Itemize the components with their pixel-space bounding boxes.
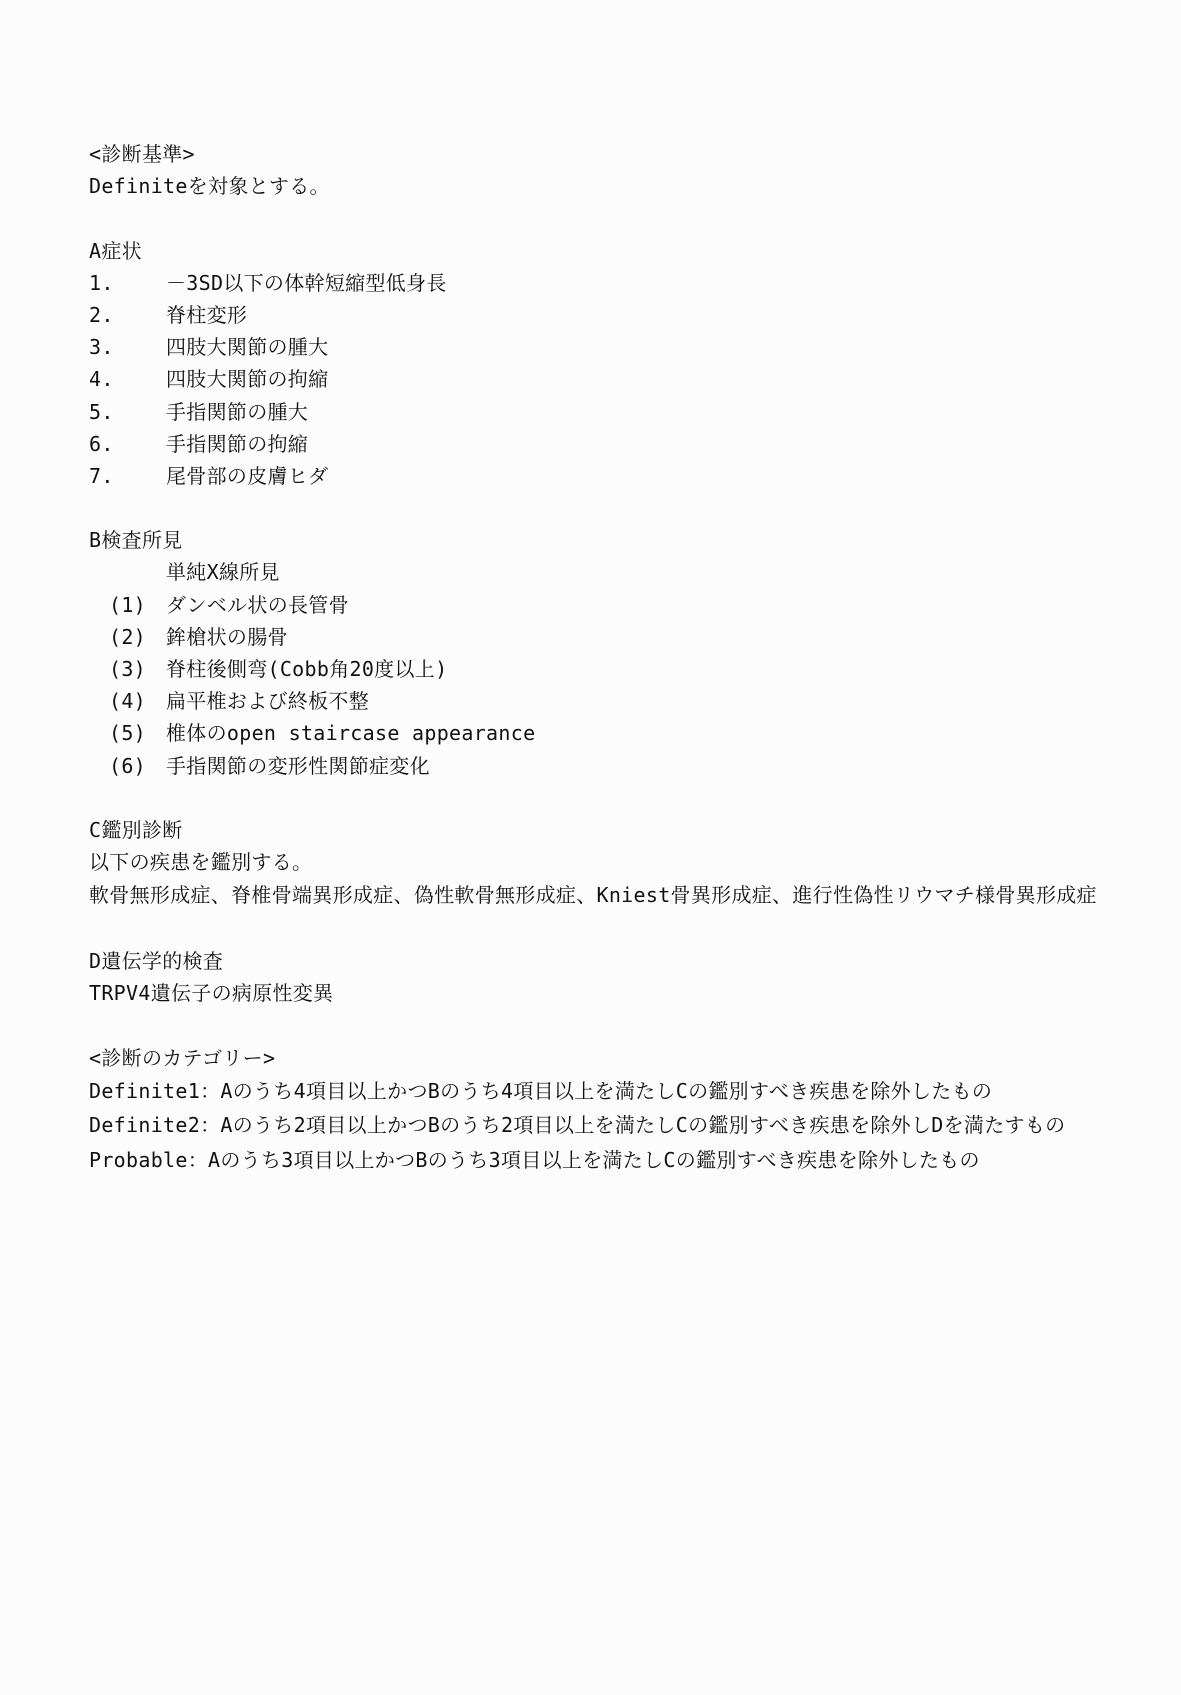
section-b-title: B検査所見 [89,524,1099,556]
item-text: 手指関節の拘縮 [166,432,308,456]
section-d-title: D遺伝学的検査 [89,945,1099,977]
item-number: (6) [89,750,166,782]
list-item: (3)脊柱後側弯(Cobb角20度以上) [89,653,1099,685]
section-c-title: C鑑別診断 [89,814,1099,846]
list-item: 6.手指関節の拘縮 [89,428,1099,460]
spacer [89,1009,1099,1041]
item-number: 2. [89,299,166,331]
document-page: <診断基準> Definiteを対象とする。 A症状 1.－3SD以下の体幹短縮… [89,138,1099,1177]
item-number: (3) [89,653,166,685]
item-number: 3. [89,331,166,363]
category-definite2: Definite2：Aのうち2項目以上かつBのうち2項目以上を満たしCの鑑別すべ… [89,1108,1099,1143]
criteria-target: Definiteを対象とする。 [89,170,1099,202]
list-item: 3.四肢大関節の腫大 [89,331,1099,363]
item-text: －3SD以下の体幹短縮型低身長 [166,271,447,295]
spacer [89,782,1099,814]
section-c-intro: 以下の疾患を鑑別する。 [89,846,1099,878]
item-text: 四肢大関節の腫大 [166,335,328,359]
list-item: (6)手指関節の変形性関節症変化 [89,750,1099,782]
list-item: 7.尾骨部の皮膚ヒダ [89,460,1099,492]
item-text: 椎体のopen staircase appearance [166,721,535,745]
item-text: 鉾槍状の腸骨 [166,625,288,649]
list-item: (5)椎体のopen staircase appearance [89,717,1099,749]
item-text: 尾骨部の皮膚ヒダ [166,464,328,488]
list-item: (1)ダンベル状の長管骨 [89,589,1099,621]
item-number: (4) [89,685,166,717]
category-probable: Probable：Aのうち3項目以上かつBのうち3項目以上を満たしCの鑑別すべき… [89,1143,1099,1178]
section-a-list: 1.－3SD以下の体幹短縮型低身長 2.脊柱変形 3.四肢大関節の腫大 4.四肢… [89,267,1099,492]
criteria-heading: <診断基準> [89,138,1099,170]
item-number: 7. [89,460,166,492]
item-text: 脊柱後側弯(Cobb角20度以上) [166,657,447,681]
item-text: 四肢大関節の拘縮 [166,367,328,391]
item-number: 6. [89,428,166,460]
item-text: ダンベル状の長管骨 [166,593,349,617]
item-text: 脊柱変形 [166,303,247,327]
list-item: (4)扁平椎および終板不整 [89,685,1099,717]
item-number: (1) [89,589,166,621]
item-number: (5) [89,717,166,749]
item-number: 5. [89,396,166,428]
list-item: 1.－3SD以下の体幹短縮型低身長 [89,267,1099,299]
item-number: 4. [89,363,166,395]
category-definite1: Definite1：Aのうち4項目以上かつBのうち4項目以上を満たしCの鑑別すべ… [89,1074,1099,1109]
spacer [89,492,1099,524]
section-b-subtitle: 単純X線所見 [166,560,280,584]
list-item: 4.四肢大関節の拘縮 [89,363,1099,395]
item-text: 扁平椎および終板不整 [166,689,369,713]
categories-heading: <診断のカテゴリー> [89,1042,1099,1074]
section-b-subtitle-row: 単純X線所見 [89,556,1099,588]
spacer [89,913,1099,945]
section-a-title: A症状 [89,235,1099,267]
list-item: 2.脊柱変形 [89,299,1099,331]
item-number: 1. [89,267,166,299]
item-text: 手指関節の腫大 [166,400,308,424]
section-c-diseases: 軟骨無形成症、脊椎骨端異形成症、偽性軟骨無形成症、Kniest骨異形成症、進行性… [89,878,1099,913]
item-text: 手指関節の変形性関節症変化 [166,754,430,778]
list-item: (2)鉾槍状の腸骨 [89,621,1099,653]
item-number: (2) [89,621,166,653]
spacer [89,202,1099,234]
section-d-text: TRPV4遺伝子の病原性変異 [89,977,1099,1009]
list-item: 5.手指関節の腫大 [89,396,1099,428]
section-b-list: (1)ダンベル状の長管骨 (2)鉾槍状の腸骨 (3)脊柱後側弯(Cobb角20度… [89,589,1099,782]
